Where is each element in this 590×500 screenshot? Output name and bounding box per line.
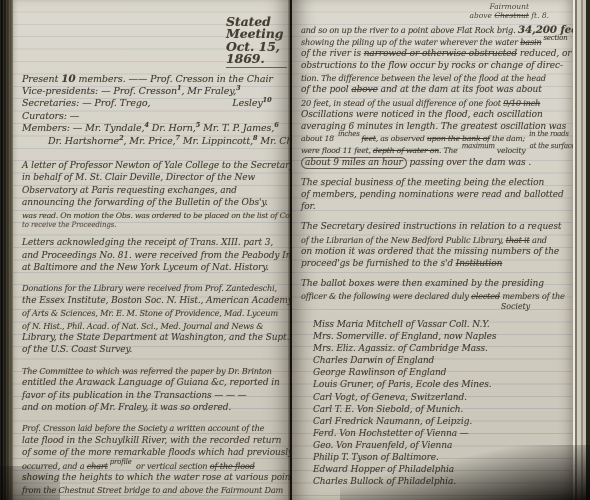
manuscript-line: favor of its publication in the Transact… [22, 390, 287, 402]
manuscript-line: proceed'gs be furnished to the s'd Insti… [301, 258, 570, 270]
manuscript-line: for. [301, 201, 570, 213]
manuscript-line: of some of the more remarkable floods wh… [22, 447, 287, 459]
struck-text: of the flood [210, 461, 255, 471]
handwriting-text: or vertical section [134, 461, 210, 471]
manuscript-line: occurred, and a chartprofile or vertical… [22, 460, 287, 472]
handwriting-text: members of the [500, 291, 565, 301]
handwriting-text: showing the heights to which the water r… [22, 473, 290, 483]
interline-insertion: profile [110, 458, 132, 466]
manuscript-line: showing the heights to which the water r… [22, 472, 287, 484]
manuscript-line: tion. The difference between the level o… [301, 72, 570, 84]
manuscript-line: obstructions to the flow occur by rocks … [301, 60, 570, 72]
handwriting-text: were flood 11 feet, [301, 146, 373, 155]
manuscript-line: and Proceedings No. 81. were received fr… [22, 250, 287, 262]
manuscript-line: The Committee to which was referred the … [22, 365, 287, 377]
handwriting-text: The special business of the meeting bein… [301, 178, 544, 188]
right-page-content: and so on up the river to a point above … [292, 0, 573, 500]
manuscript-line: of Arts & Sciences, Mr. E. M. Stone of P… [22, 307, 287, 319]
handwriting-text: Edward Hopper of Philadelphia [313, 465, 454, 475]
handwriting-text: Charles Bullock of Philadelphia. [313, 477, 456, 487]
handwriting-text: the dam; [490, 134, 527, 143]
handwriting-text: entitled the Arawack Language of Guiana … [22, 378, 280, 388]
handwriting-text: obstructions to the flow occur by rocks … [301, 61, 563, 71]
handwriting-text: The ballot boxes were then examined by t… [301, 279, 544, 289]
handwriting-text: Dr. Hartshorne [48, 136, 119, 147]
handwriting-text: and on motion of Mr. Fraley, it was so o… [22, 403, 231, 413]
manuscript-line: about 9 miles an hour passing over the d… [301, 157, 570, 169]
manuscript-line: Mrs. Somerville. of England, now Naples [313, 331, 570, 343]
handwriting-text: of the Librarian of the New Bedford Publ… [301, 235, 506, 245]
right-page: Fairmount above Chestnut ft. 8. and so o… [292, 0, 573, 500]
manuscript-line: late flood in the Schuylkill River, with… [22, 435, 287, 447]
manuscript-line: Geo. Von Frauenfeld, of Vienna [313, 440, 570, 452]
handwriting-text: Society [501, 302, 530, 311]
manuscript-line: of N. Hist., Phil. Acad. of Nat. Sci., M… [22, 320, 287, 332]
manuscript-line: Donations for the Library were received … [22, 282, 287, 294]
manuscript-line: on motion it was ordered that the missin… [301, 246, 570, 258]
handwriting-text: Letters acknowledging the receipt of Tra… [22, 238, 273, 248]
left-page-content: Stated Meeting Oct. 15, 1869. Present 10… [13, 0, 290, 500]
handwriting-text: Oscillations were noticed in the flood, … [301, 110, 543, 120]
struck-text: narrowed or otherwise obstructed [364, 49, 517, 59]
manuscript-line: were flood 11 feet, depth of water on. T… [301, 145, 570, 157]
handwriting-text: announcing the forwarding of the Bulleti… [22, 198, 268, 208]
handwriting-text: Present [22, 74, 61, 85]
handwriting-text: in behalf of M. St. Clair Deville, Direc… [22, 173, 255, 183]
interline-insertion: at the surface [530, 142, 573, 150]
manuscript-line: entitled the Arawack Language of Guiana … [22, 377, 287, 389]
handwriting-text: at Baltimore and the New York Lyceum of … [22, 263, 269, 273]
handwriting-text: 10 [61, 73, 75, 85]
manuscript-line: The special business of the meeting bein… [301, 177, 570, 189]
handwriting-text: reduced, or [517, 49, 571, 59]
attendance-record: Present 10 members. —— Prof. Cresson in … [22, 73, 287, 148]
struck-text: Institution [456, 259, 503, 269]
interline-insertion: inches [338, 130, 359, 138]
handwriting-text: favor of its publication in the Transact… [22, 391, 247, 401]
manuscript-line: 20 feet, in stead of the usual differenc… [301, 97, 570, 109]
handwriting-text: . The [439, 146, 460, 155]
handwriting-text: of the pool [301, 85, 351, 95]
struck-text: depth of water on [373, 146, 439, 155]
handwriting-text: occurred, and a [22, 461, 87, 471]
book-spread: Stated Meeting Oct. 15, 1869. Present 10… [0, 0, 590, 500]
handwriting-text: Mr. Lippincott, [180, 136, 253, 147]
interline-insertion: maximum [462, 142, 495, 150]
handwriting-text: Lesley [232, 98, 262, 109]
manuscript-line: Philip T. Tyson of Baltimore. [313, 452, 570, 464]
handwriting-text: showing the piling up of the water where… [301, 37, 520, 47]
handwriting-text: Observatory at Paris requesting exchange… [22, 186, 237, 196]
binding-edge [0, 0, 13, 500]
handwriting-text: Geo. Von Frauenfeld, of Vienna [313, 441, 452, 451]
manuscript-line: A letter of Professor Newton of Yale Col… [22, 160, 287, 172]
manuscript-line: Prof. Cresson laid before the Society a … [22, 422, 287, 434]
handwriting-text: members. —— Prof. Cresson in the Chair [76, 74, 273, 85]
paragraph-new-bedford: The Secretary desired instructions in re… [301, 221, 570, 269]
handwriting-text: of some of the more remarkable floods wh… [22, 448, 290, 458]
struck-text: that it [506, 235, 530, 245]
paragraph-newton-letter: A letter of Professor Newton of Yale Col… [22, 160, 287, 229]
handwriting-text: Ferd. Von Hochstetter of Vienna — [313, 429, 469, 439]
manuscript-line: announcing the forwarding of the Bulleti… [22, 197, 287, 209]
handwriting-text: Mr. Chase. [257, 136, 290, 147]
page-title: Stated Meeting Oct. 15, 1869. [226, 16, 287, 68]
fore-edge-pages [573, 0, 590, 500]
handwriting-text: of the U.S. Coast Survey. [22, 345, 132, 355]
paragraph-flood-account: Prof. Cresson laid before the Society a … [22, 422, 287, 496]
handwriting-text: Curators: — [22, 111, 79, 122]
paragraph-flood-continued: and so on up the river to a point above … [301, 24, 570, 169]
handwriting-text: Carl Fredrick Naumann, of Leipzig. [313, 417, 472, 427]
manuscript-line: of the pool above and at the dam at its … [301, 84, 570, 96]
handwriting-text: The Secretary desired instructions in re… [301, 222, 561, 232]
manuscript-line: Vice-presidents: — Prof. Cresson1, Mr Fr… [22, 86, 287, 98]
manuscript-line: Miss Maria Mitchell of Vassar Coll. N.Y. [313, 319, 570, 331]
superscript-number: 10 [263, 96, 272, 104]
handwriting-text: for. [301, 202, 316, 212]
handwriting-text: passing over the dam was . [407, 158, 531, 168]
paragraph-ballot-boxes: The ballot boxes were then examined by t… [301, 278, 570, 311]
elected-members-list: Miss Maria Mitchell of Vassar Coll. N.Y.… [301, 319, 570, 488]
right-page-text: and so on up the river to a point above … [301, 24, 570, 488]
manuscript-line: Mrs. Eliz. Agassiz. of Cambridge Mass. [313, 343, 570, 355]
struck-text: above [351, 85, 377, 95]
interline-insertion: section [543, 34, 567, 42]
handwriting-text: of members, pending nominations were rea… [301, 190, 564, 200]
manuscript-line: showing the piling up of the water where… [301, 36, 570, 48]
paragraph-committee-report: The Committee to which was referred the … [22, 365, 287, 415]
handwriting-text: of the river is [301, 49, 364, 59]
handwriting-text: Mrs. Eliz. Agassiz. of Cambridge Mass. [313, 344, 488, 354]
manuscript-line: at Baltimore and the New York Lyceum of … [22, 262, 287, 274]
handwriting-text: Members: — Mr. Tyndale, [22, 123, 144, 134]
handwriting-text: Louis Gruner, of Paris, Ecole des Mines. [313, 380, 492, 390]
superscript-number: 6 [274, 121, 278, 129]
handwriting-text: about 9 miles an hour [301, 157, 407, 169]
manuscript-line: Present 10 members. —— Prof. Cresson in … [22, 73, 287, 86]
handwriting-text: The Committee to which was referred the … [22, 366, 272, 376]
handwriting-text: Carl Vogt, of Geneva, Switzerland. [313, 393, 467, 403]
manuscript-line: Secretaries: — Prof. Trego,Lesley10 [22, 98, 287, 110]
handwriting-text: Philip T. Tyson of Baltimore. [313, 453, 439, 463]
handwriting-text: Miss Maria Mitchell of Vassar Coll. N.Y. [313, 320, 490, 330]
handwriting-text: from the Chestnut Street bridge to and a… [22, 485, 283, 495]
handwriting-text: , Mr. Price, [124, 136, 176, 147]
manuscript-line: in behalf of M. St. Clair Deville, Direc… [22, 172, 287, 184]
handwriting-text: Charles Darwin of England [313, 356, 434, 366]
handwriting-text: and at the dam at its foot was about [378, 85, 542, 95]
manuscript-line: the Essex Institute, Boston Soc. N. Hist… [22, 295, 287, 307]
left-page-text: Present 10 members. —— Prof. Cresson in … [22, 73, 287, 497]
paragraph-acknowledgments: Letters acknowledging the receipt of Tra… [22, 237, 287, 274]
manuscript-line: The Secretary desired instructions in re… [301, 221, 570, 233]
manuscript-line: Charles Darwin of England [313, 355, 570, 367]
handwriting-text: tion. The difference between the level o… [301, 73, 546, 83]
handwriting-text: officer & the following were declared du… [301, 291, 471, 301]
manuscript-line: Carl Vogt, of Geneva, Switzerland. [313, 392, 570, 404]
interline-insertion: in the roads [529, 130, 568, 138]
handwriting-text: proceed'gs be furnished to the s'd [301, 259, 456, 269]
manuscript-line: and so on up the river to a point above … [301, 24, 570, 36]
manuscript-line: Ferd. Von Hochstetter of Vienna — [313, 428, 570, 440]
manuscript-line: Letters acknowledging the receipt of Tra… [22, 237, 287, 249]
struck-text: chart [87, 461, 108, 471]
handwriting-text: Prof. Cresson laid before the Society a … [22, 423, 264, 433]
handwriting-text: was read. On motion the Obs. was ordered… [22, 211, 290, 220]
manuscript-line: and on motion of Mr. Fraley, it was so o… [22, 402, 287, 414]
manuscript-line: Curators: — [22, 111, 287, 123]
manuscript-line: officer & the following were declared du… [301, 290, 570, 302]
handwriting-text: Donations for the Library were received … [22, 283, 277, 293]
manuscript-line: Oscillations were noticed in the flood, … [301, 109, 570, 121]
paragraph-donations: Donations for the Library were received … [22, 282, 287, 356]
superscript-number: 3 [236, 84, 240, 92]
struck-text: feet [362, 134, 376, 143]
handwriting-text: about 18 [301, 134, 336, 143]
handwriting-text: Vice-presidents: — Prof. Cresson [22, 86, 177, 97]
manuscript-line: George Rawlinson of England [313, 367, 570, 379]
handwriting-text: late flood in the Schuylkill River, with… [22, 436, 281, 446]
manuscript-line: Society [301, 302, 570, 311]
manuscript-line: Members: — Mr. Tyndale,4 Dr. Horn,5 Mr. … [22, 123, 287, 135]
title-row: Stated Meeting Oct. 15, 1869. [118, 10, 287, 70]
manuscript-line: from the Chestnut Street bridge to and a… [22, 484, 287, 496]
manuscript-line: Carl T. E. Von Siebold, of Munich. [313, 404, 570, 416]
manuscript-line: Charles Bullock of Philadelphia. [313, 476, 570, 488]
handwriting-text: Dr. Horn, [149, 123, 196, 134]
handwriting-text: velocity [497, 146, 528, 155]
manuscript-line: to receive the Proceedings. [22, 222, 287, 229]
handwriting-text: Carl T. E. Von Siebold, of Munich. [313, 405, 463, 415]
handwriting-text: the Essex Institute, Boston Soc. N. Hist… [22, 296, 290, 306]
manuscript-line: Carl Fredrick Naumann, of Leipzig. [313, 416, 570, 428]
handwriting-text: 20 feet, in stead of the usual differenc… [301, 98, 503, 108]
struck-text: basin [520, 37, 541, 47]
handwriting-text: , as observed [376, 134, 427, 143]
handwriting-text: and so on up the river to a point above … [301, 25, 518, 35]
left-page: Stated Meeting Oct. 15, 1869. Present 10… [13, 0, 290, 500]
handwriting-text: Mrs. Somerville. of England, now Naples [313, 332, 496, 342]
handwriting-text: and [530, 235, 547, 245]
struck-text: 9/10 inch [503, 98, 540, 108]
paragraph-election-business: The special business of the meeting bein… [301, 177, 570, 213]
manuscript-line: Edward Hopper of Philadelphia [313, 464, 570, 476]
manuscript-line: of the U.S. Coast Survey. [22, 344, 287, 356]
handwriting-text: to receive the Proceedings. [22, 221, 116, 229]
manuscript-line: Observatory at Paris requesting exchange… [22, 185, 287, 197]
handwriting-text: Secretaries: — Prof. Trego, [22, 98, 150, 109]
struck-text: elected [471, 291, 500, 301]
handwriting-text: and Proceedings No. 81. were received fr… [22, 251, 290, 261]
manuscript-line: of members, pending nominations were rea… [301, 189, 570, 201]
handwriting-text: Library, the State Department at Washing… [22, 333, 289, 343]
manuscript-line: of the river is narrowed or otherwise ob… [301, 48, 570, 60]
handwriting-text: , Mr Fraley, [181, 86, 236, 97]
manuscript-line: Louis Gruner, of Paris, Ecole des Mines. [313, 379, 570, 391]
handwriting-text: of Arts & Sciences, Mr. E. M. Stone of P… [22, 308, 278, 318]
manuscript-line: Dr. Hartshorne2, Mr. Price,7 Mr. Lippinc… [48, 136, 287, 148]
handwriting-text: Mr. T. P. James, [200, 123, 274, 134]
handwriting-text: A letter of Professor Newton of Yale Col… [22, 161, 290, 171]
manuscript-line: of the Librarian of the New Bedford Publ… [301, 234, 570, 246]
handwriting-text: on motion it was ordered that the missin… [301, 247, 559, 257]
manuscript-line: Library, the State Department at Washing… [22, 332, 287, 344]
handwriting-text: George Rawlinson of England [313, 368, 446, 378]
manuscript-line: The ballot boxes were then examined by t… [301, 278, 570, 290]
handwriting-text: of N. Hist., Phil. Acad. of Nat. Sci., M… [22, 321, 263, 331]
